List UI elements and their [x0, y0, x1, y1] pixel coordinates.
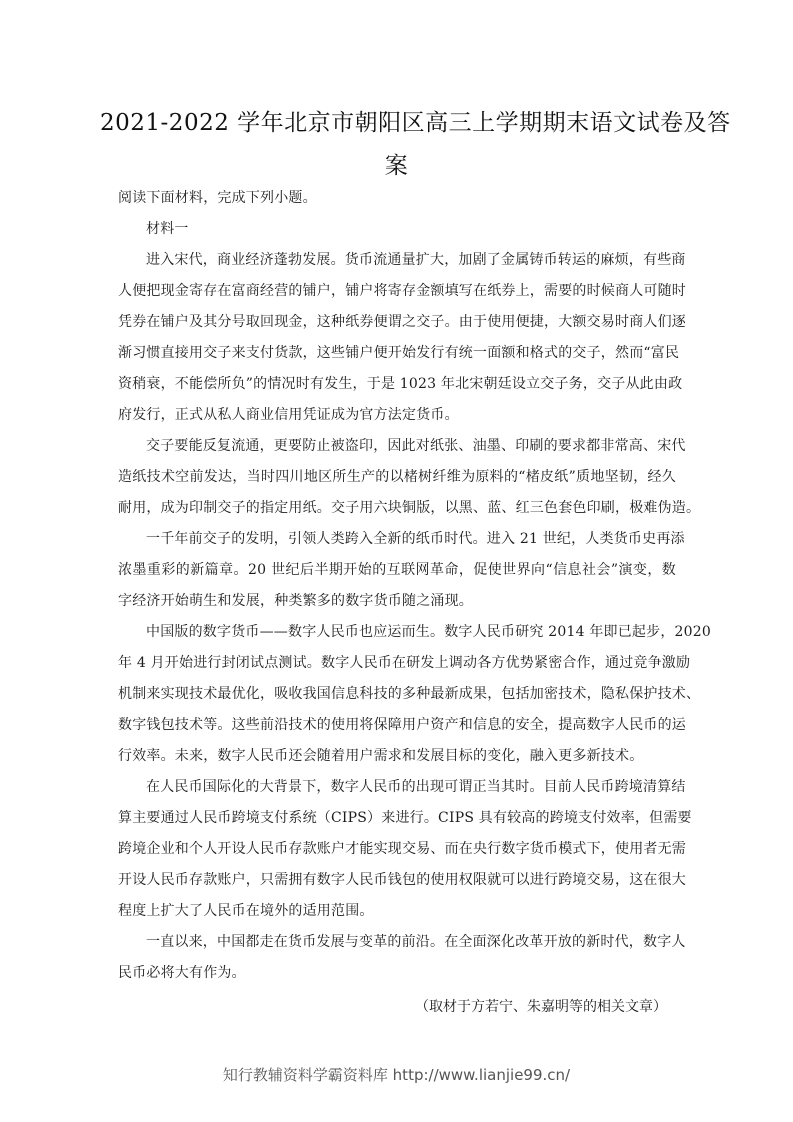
paragraph-line: 一千年前交子的发明，引领人类跨入全新的纸币时代。进入 21 世纪，人类货币史再添 — [146, 528, 676, 548]
instruction-text: 阅读下面材料，完成下列小题。 — [118, 187, 676, 207]
document-page: 2021-2022 学年北京市朝阳区高三上学期期末语文试卷及答 案 阅读下面材料… — [0, 0, 793, 1122]
paragraph-line: 民币必将大有作为。 — [118, 962, 676, 982]
section-heading: 材料一 — [146, 218, 676, 238]
paragraph-line: 在人民币国际化的大背景下，数字人民币的出现可谓正当其时。目前人民币跨境清算结 — [146, 776, 676, 796]
paragraph-line: 耐用，成为印制交子的指定用纸。交子用六块铜版，以黑、蓝、红三色套色印刷，极难伪造… — [118, 497, 676, 517]
paragraph-line: 资稍衰，不能偿所负”的情况时有发生，于是 1023 年北宋朝廷设立交子务，交子从… — [118, 373, 676, 393]
paragraph-line: 一直以来，中国都走在货币发展与变革的前沿。在全面深化改革开放的新时代，数字人 — [146, 931, 676, 951]
source-citation: （取材于方若宁、朱嘉明等的相关文章） — [415, 996, 667, 1016]
paragraph-line: 数字钱包技术等。这些前沿技术的使用将保障用户资产和信息的安全，提高数字人民币的运 — [118, 714, 676, 734]
footer-watermark: 知行教辅资料学霸资料库 http://www.lianjie99.cn/ — [0, 1064, 793, 1085]
paragraph-line: 渐习惯直接用交子来支付货款，这些铺户便开始发行有统一面额和格式的交子，然而“富民 — [118, 342, 676, 362]
paragraph-line: 浓墨重彩的新篇章。20 世纪后半期开始的互联网革命，促使世界向“信息社会”演变，… — [118, 559, 676, 579]
document-title-line-1: 2021-2022 学年北京市朝阳区高三上学期期末语文试卷及答 — [100, 104, 693, 137]
paragraph-line: 算主要通过人民币跨境支付系统（CIPS）来进行。CIPS 具有较高的跨境支付效率… — [118, 807, 676, 827]
paragraph-line: 人便把现金寄存在富商经营的铺户，铺户将寄存金额填写在纸券上，需要的时候商人可随时 — [118, 280, 676, 300]
paragraph-line: 中国版的数字货币——数字人民币也应运而生。数字人民币研究 2014 年即已起步，… — [146, 621, 676, 641]
paragraph-line: 年 4 月开始进行封闭试点测试。数字人民币在研发上调动各方优势紧密合作，通过竞争… — [118, 652, 676, 672]
paragraph-line: 跨境企业和个人开设人民币存款账户才能实现交易、而在央行数字货币模式下，使用者无需 — [118, 838, 676, 858]
paragraph-line: 府发行，正式从私人商业信用凭证成为官方法定货币。 — [118, 404, 676, 424]
paragraph-line: 进入宋代，商业经济蓬勃发展。货币流通量扩大，加剧了金属铸币转运的麻烦，有些商 — [146, 249, 676, 269]
paragraph-line: 机制来实现技术最优化，吸收我国信息科技的多种最新成果，包括加密技术，隐私保护技术… — [118, 683, 676, 703]
paragraph-line: 交子要能反复流通，更要防止被盗印，因此对纸张、油墨、印刷的要求都非常高、宋代 — [146, 435, 676, 455]
paragraph-line: 行效率。未来，数字人民币还会随着用户需求和发展目标的变化，融入更多新技术。 — [118, 745, 676, 765]
document-title-line-2: 案 — [100, 147, 693, 180]
paragraph-line: 程度上扩大了人民币在境外的适用范围。 — [118, 900, 676, 920]
paragraph-line: 凭券在铺户及其分号取回现金，这种纸券便谓之交子。由于使用便捷，大额交易时商人们逐 — [118, 311, 676, 331]
paragraph-line: 开设人民币存款账户，只需拥有数字人民币钱包的使用权限就可以进行跨境交易，这在很大 — [118, 869, 676, 889]
paragraph-line: 字经济开始萌生和发展，种类繁多的数字货币随之涌现。 — [118, 590, 676, 610]
paragraph-line: 造纸技术空前发达，当时四川地区所生产的以楮树纤维为原料的“楮皮纸”质地坚韧，经久 — [118, 466, 676, 486]
